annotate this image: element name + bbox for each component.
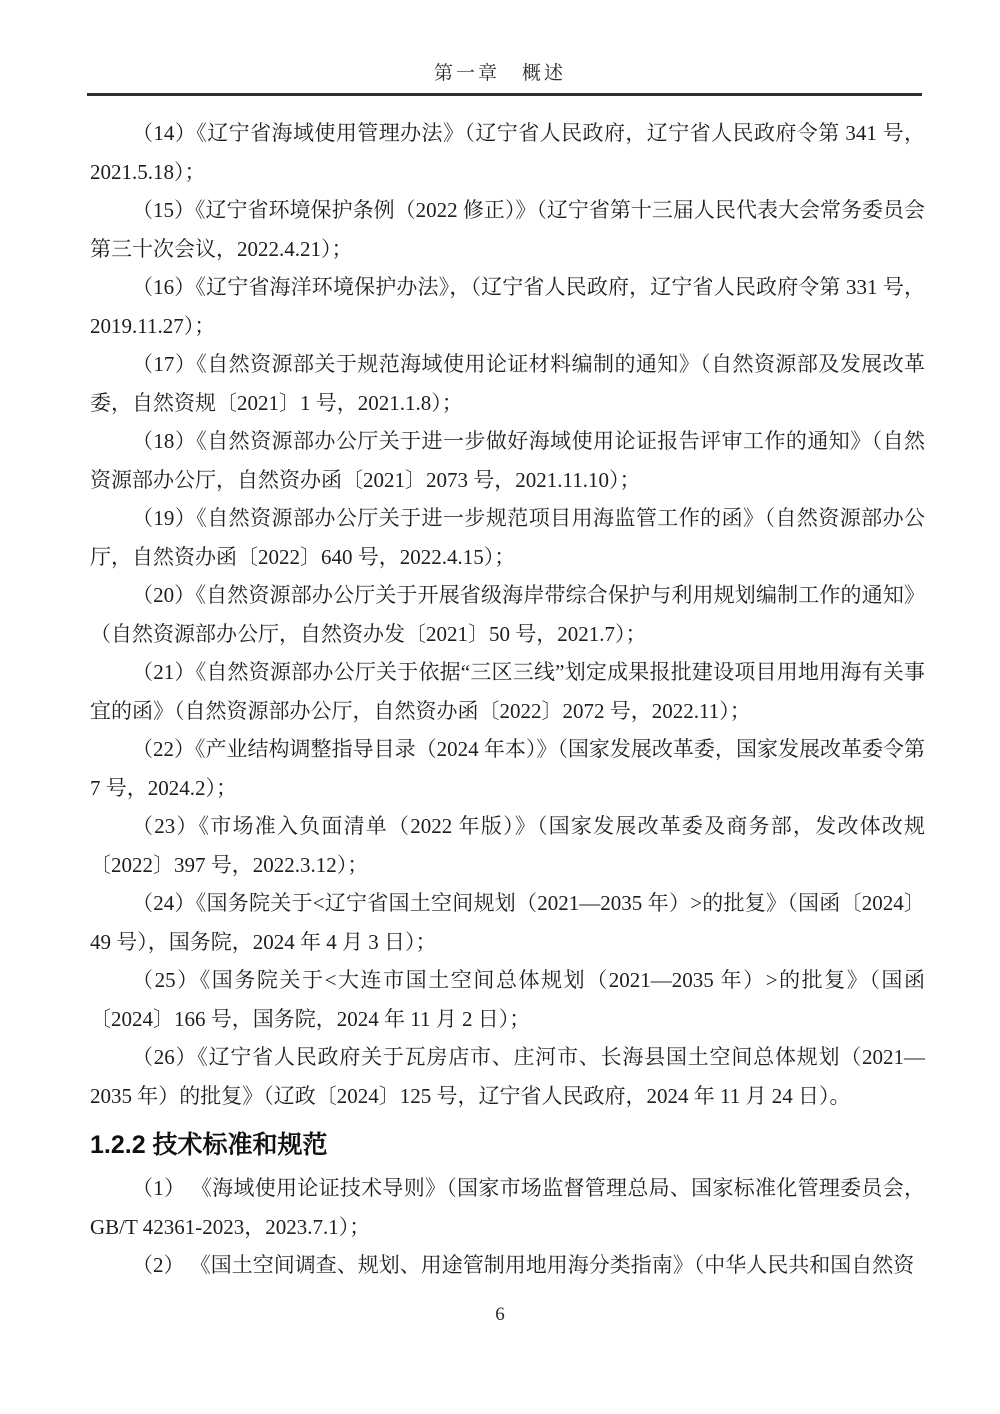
- regulation-item: （19）《自然资源部办公厅关于进一步规范项目用海监管工作的函》（自然资源部办公厅…: [90, 499, 925, 576]
- regulation-item: （18）《自然资源部办公厅关于进一步做好海域使用论证报告评审工作的通知》（自然资…: [90, 422, 925, 499]
- standard-item: （2） 《国土空间调查、规划、用途管制用地用海分类指南》（中华人民共和国自然资: [90, 1246, 925, 1285]
- regulation-item: （16）《辽宁省海洋环境保护办法》，（辽宁省人民政府，辽宁省人民政府令第 331…: [90, 268, 925, 345]
- regulation-item: （21）《自然资源部办公厅关于依据“三区三线”划定成果报批建设项目用地用海有关事…: [90, 653, 925, 730]
- header-rule: [87, 93, 922, 96]
- regulation-item: （17）《自然资源部关于规范海域使用论证材料编制的通知》（自然资源部及发展改革委…: [90, 345, 925, 422]
- chapter-title: 第一章 概述: [0, 62, 1000, 86]
- page-header: 第一章 概述: [0, 0, 1000, 96]
- regulation-item: （24）《国务院关于<辽宁省国土空间规划（2021—2035 年）>的批复》（国…: [90, 884, 925, 961]
- standards-list: （1） 《海域使用论证技术导则》（国家市场监督管理总局、国家标准化管理委员会，G…: [90, 1169, 925, 1285]
- regulation-item: （20）《自然资源部办公厅关于开展省级海岸带综合保护与利用规划编制工作的通知》（…: [90, 576, 925, 653]
- regulation-item: （15）《辽宁省环境保护条例（2022 修正）》（辽宁省第十三届人民代表大会常务…: [90, 191, 925, 268]
- regulation-item: （25）《国务院关于<大连市国土空间总体规划（2021—2035 年）>的批复》…: [90, 961, 925, 1038]
- standard-item: （1） 《海域使用论证技术导则》（国家市场监督管理总局、国家标准化管理委员会，G…: [90, 1169, 925, 1246]
- document-page: 第一章 概述 （14）《辽宁省海域使用管理办法》（辽宁省人民政府，辽宁省人民政府…: [0, 0, 1000, 1414]
- regulation-item: （23）《市场准入负面清单（2022 年版）》（国家发展改革委及商务部，发改体改…: [90, 807, 925, 884]
- page-footer: 6: [0, 1304, 1000, 1326]
- regulation-item: （14）《辽宁省海域使用管理办法》（辽宁省人民政府，辽宁省人民政府令第 341 …: [90, 114, 925, 191]
- regulation-list: （14）《辽宁省海域使用管理办法》（辽宁省人民政府，辽宁省人民政府令第 341 …: [90, 114, 925, 1115]
- section-heading: 1.2.2 技术标准和规范: [90, 1125, 925, 1165]
- document-body: （14）《辽宁省海域使用管理办法》（辽宁省人民政府，辽宁省人民政府令第 341 …: [90, 114, 925, 1285]
- page-number: 6: [495, 1304, 505, 1325]
- regulation-item: （26）《辽宁省人民政府关于瓦房店市、庄河市、长海县国土空间总体规划（2021—…: [90, 1038, 925, 1115]
- regulation-item: （22）《产业结构调整指导目录（2024 年本）》（国家发展改革委，国家发展改革…: [90, 730, 925, 807]
